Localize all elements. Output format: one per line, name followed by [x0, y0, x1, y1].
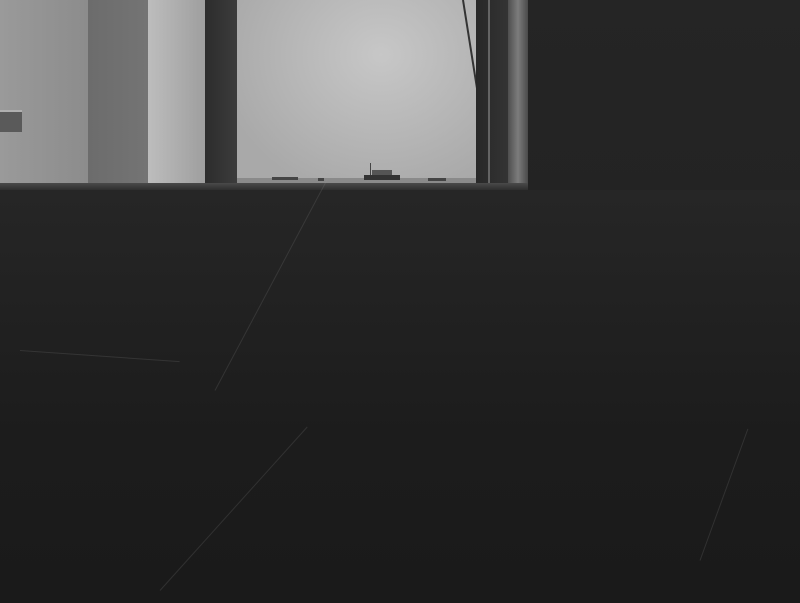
- ship-mast: [370, 163, 371, 175]
- dark-foreground: [0, 190, 800, 603]
- wall-ledge: [0, 112, 22, 132]
- distant-boat: [272, 177, 298, 180]
- distant-ship: [364, 166, 400, 180]
- window-frame-left: [205, 0, 237, 185]
- window-post: [508, 0, 528, 188]
- distant-boat: [428, 178, 446, 181]
- ship-hull: [364, 175, 400, 180]
- left-wall: [0, 0, 88, 190]
- frame-edge-highlight: [488, 0, 490, 185]
- window-sky: [237, 0, 477, 183]
- lit-wall-section: [148, 0, 206, 190]
- photograph: [0, 0, 800, 603]
- distant-buoy: [318, 178, 324, 181]
- wall-pillar: [88, 0, 148, 190]
- window-frame-right: [476, 0, 510, 185]
